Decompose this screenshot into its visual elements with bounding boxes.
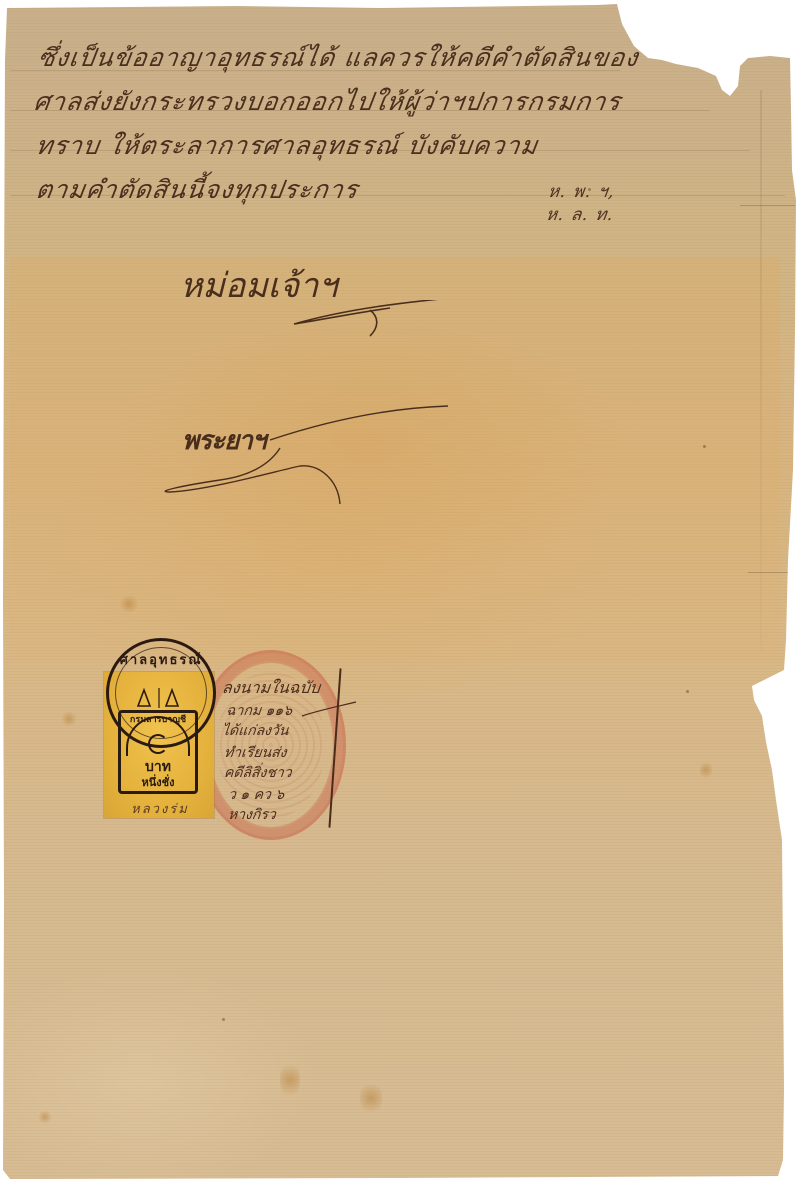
foxing-spot [118, 596, 140, 612]
stamp-handwritten-text: หลวงร่ม [112, 798, 208, 819]
court-seal-text: ศาลอุทธรณ์ [109, 649, 213, 670]
fold-crease [760, 90, 762, 650]
ink-speck [703, 445, 706, 448]
signature-1-flourish [290, 300, 460, 350]
body-text-line-1: ซึ่งเป็นข้ออาญาอุทธรณ์ได้ แลควรให้คดีคำต… [35, 38, 641, 78]
endorsement-line-6: ว ๑ คว ๖ [227, 784, 286, 806]
foxing-spot [38, 1110, 52, 1124]
body-text-line-3: ทราบ ให้ตระลาการศาลอุทธรณ์ บังคับความ [33, 126, 541, 166]
endorsement-line-2: ฉากม ๑๑๖ [225, 700, 294, 722]
signature-2-flourish [160, 400, 460, 510]
foxing-spot [700, 760, 712, 780]
stamp-value-subtext: หนึ่งชั่ง [120, 773, 196, 791]
fold-crease [748, 572, 792, 573]
endorsement-cross-stroke [300, 700, 360, 720]
endorsement-line-5: คดีลิสิ่งชาว [223, 762, 293, 784]
endorsement-line-3: ได้แก่ลงวัน [221, 720, 290, 742]
foxing-spot [60, 712, 78, 726]
endorsement-line-7: หางกิรว [227, 804, 277, 826]
body-text-line-4: ตามคำตัดสินนี้จงทุกประการ [33, 170, 361, 210]
margin-note-2: ห. ล. ท. [544, 201, 616, 228]
foxing-spot [280, 1060, 300, 1100]
fold-crease [740, 205, 795, 206]
body-text-line-2: ศาลส่งยังกระทรวงบอกออกไปให้ผู้ว่าฯปการกร… [31, 82, 624, 122]
ink-speck [222, 1018, 225, 1021]
foxing-spot [360, 1080, 382, 1116]
court-seal-cancellation: ศาลอุทธรณ์ [106, 638, 216, 748]
endorsement-line-1: ลงนามในฉบับ [221, 676, 322, 701]
endorsement-line-4: ทำเรียนส่ง [223, 742, 288, 764]
ink-speck [686, 690, 689, 693]
